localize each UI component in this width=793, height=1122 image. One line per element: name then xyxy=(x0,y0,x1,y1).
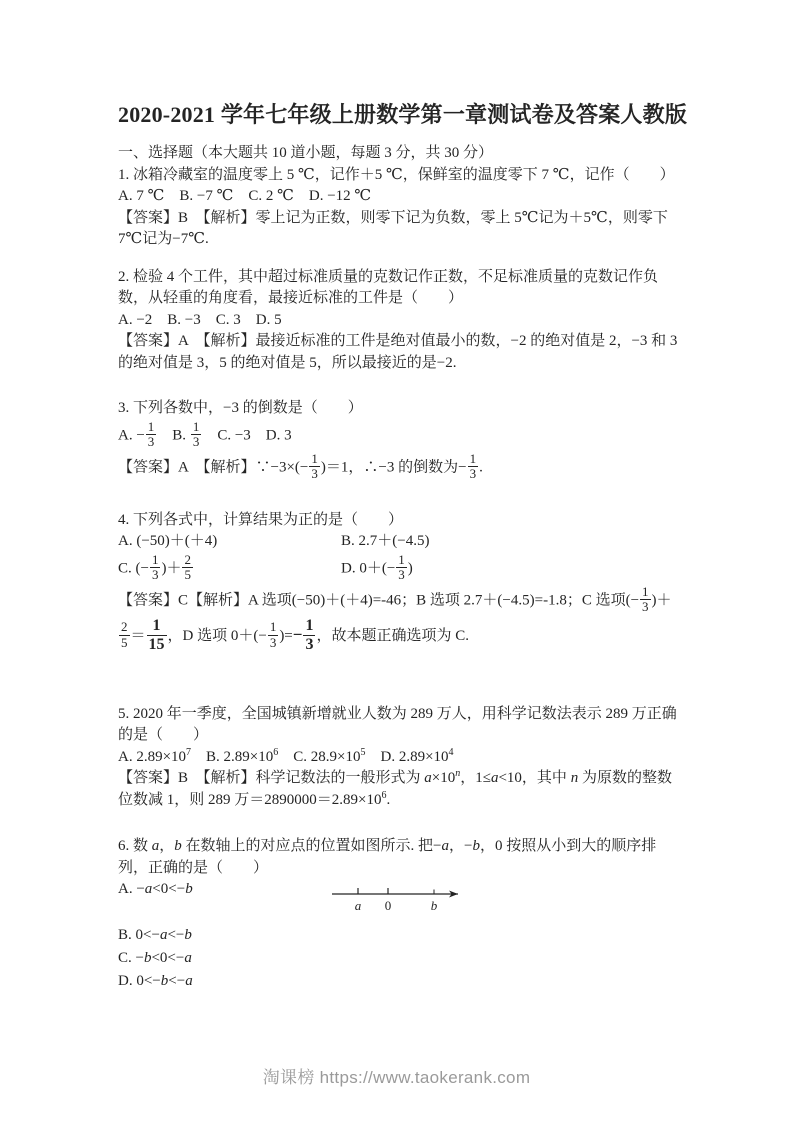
question-2-options: A. −2 B. −3 C. 3 D. 5 xyxy=(118,310,680,332)
question-6-option-c: C. −b<0<−a xyxy=(118,948,680,970)
question-4-answer-line1: 【答案】C【解析】A 选项(−50)＋(＋4)=-46；B 选项 2.7＋(−4… xyxy=(118,585,680,617)
question-4-option-b: B. 2.7＋(−4.5) xyxy=(341,531,429,553)
question-4: 4. 下列各式中，计算结果为正的是（ ） A. (−50)＋(＋4) B. 2.… xyxy=(118,510,680,656)
question-3-options: A. −13 B. 13 C. −3 D. 3 xyxy=(118,420,680,452)
question-4-options-row2: C. (−13)＋25 D. 0＋(−13) xyxy=(118,553,680,585)
question-6-stem: 6. 数 a，b 在数轴上的对应点的位置如图所示. 把−a，−b，0 按照从小到… xyxy=(118,836,680,879)
question-1: 1. 冰箱冷藏室的温度零上 5 ℃，记作＋5 ℃，保鲜室的温度零下 7 ℃，记作… xyxy=(118,165,680,251)
document-page: 2020-2021 学年七年级上册数学第一章测试卷及答案人教版 一、选择题（本大… xyxy=(0,0,793,1122)
document-content: 2020-2021 学年七年级上册数学第一章测试卷及答案人教版 一、选择题（本大… xyxy=(118,100,680,992)
question-4-option-a: A. (−50)＋(＋4) xyxy=(118,531,341,553)
question-1-answer: 【答案】B 【解析】零上记为正数，则零下记为负数，零上 5℃记为＋5℃，则零下 … xyxy=(118,208,680,251)
number-line-diagram: a 0 b xyxy=(330,885,470,917)
question-5-stem: 5. 2020 年一季度，全国城镇新增就业人数为 289 万人，用科学记数法表示… xyxy=(118,704,680,747)
question-1-stem: 1. 冰箱冷藏室的温度零上 5 ℃，记作＋5 ℃，保鲜室的温度零下 7 ℃，记作… xyxy=(118,165,680,187)
question-2-answer: 【答案】A 【解析】最接近标准的工件是绝对值最小的数，−2 的绝对值是 2，−3… xyxy=(118,331,680,374)
question-4-stem: 4. 下列各式中，计算结果为正的是（ ） xyxy=(118,510,680,532)
question-3-answer: 【答案】A 【解析】∵−3×(−13)＝1，∴−3 的倒数为−13. xyxy=(118,452,680,484)
question-1-options: A. 7 ℃ B. −7 ℃ C. 2 ℃ D. −12 ℃ xyxy=(118,186,680,208)
question-2: 2. 检验 4 个工件，其中超过标准质量的克数记作正数，不足标准质量的克数记作负… xyxy=(118,267,680,375)
question-5-options: A. 2.89×107 B. 2.89×106 C. 28.9×105 D. 2… xyxy=(118,747,680,769)
numberline-label-b: b xyxy=(431,898,438,913)
question-3-stem: 3. 下列各数中，−3 的倒数是（ ） xyxy=(118,398,680,420)
question-6: 6. 数 a，b 在数轴上的对应点的位置如图所示. 把−a，−b，0 按照从小到… xyxy=(118,836,680,992)
question-5-answer: 【答案】B 【解析】科学记数法的一般形式为 a×10n，1≤a<10，其中 n … xyxy=(118,768,680,811)
question-5: 5. 2020 年一季度，全国城镇新增就业人数为 289 万人，用科学记数法表示… xyxy=(118,704,680,812)
question-4-option-c: C. (−13)＋25 xyxy=(118,553,341,585)
section-heading: 一、选择题（本大题共 10 道小题，每题 3 分，共 30 分） xyxy=(118,143,680,165)
question-6-option-b: B. 0<−a<−b xyxy=(118,925,680,947)
question-4-answer-line2: 25＝115，D 选项 0＋(−13)=−13，故本题正确选项为 C. xyxy=(118,617,680,656)
question-6-option-d: D. 0<−b<−a xyxy=(118,971,680,993)
question-6-options: A. −a<0<−b a 0 b B. 0<−a<−b C. −b<0<−a D… xyxy=(118,879,680,992)
numberline-label-a: a xyxy=(355,898,362,913)
question-4-option-d: D. 0＋(−13) xyxy=(341,553,413,585)
question-4-options-row1: A. (−50)＋(＋4) B. 2.7＋(−4.5) xyxy=(118,531,680,553)
question-3: 3. 下列各数中，−3 的倒数是（ ） A. −13 B. 13 C. −3 D… xyxy=(118,398,680,484)
footer-watermark: 淘课榜 https://www.taokerank.com xyxy=(0,1063,793,1088)
question-2-stem: 2. 检验 4 个工件，其中超过标准质量的克数记作正数，不足标准质量的克数记作负… xyxy=(118,267,680,310)
numberline-label-0: 0 xyxy=(385,898,392,913)
page-title: 2020-2021 学年七年级上册数学第一章测试卷及答案人教版 xyxy=(118,100,680,130)
